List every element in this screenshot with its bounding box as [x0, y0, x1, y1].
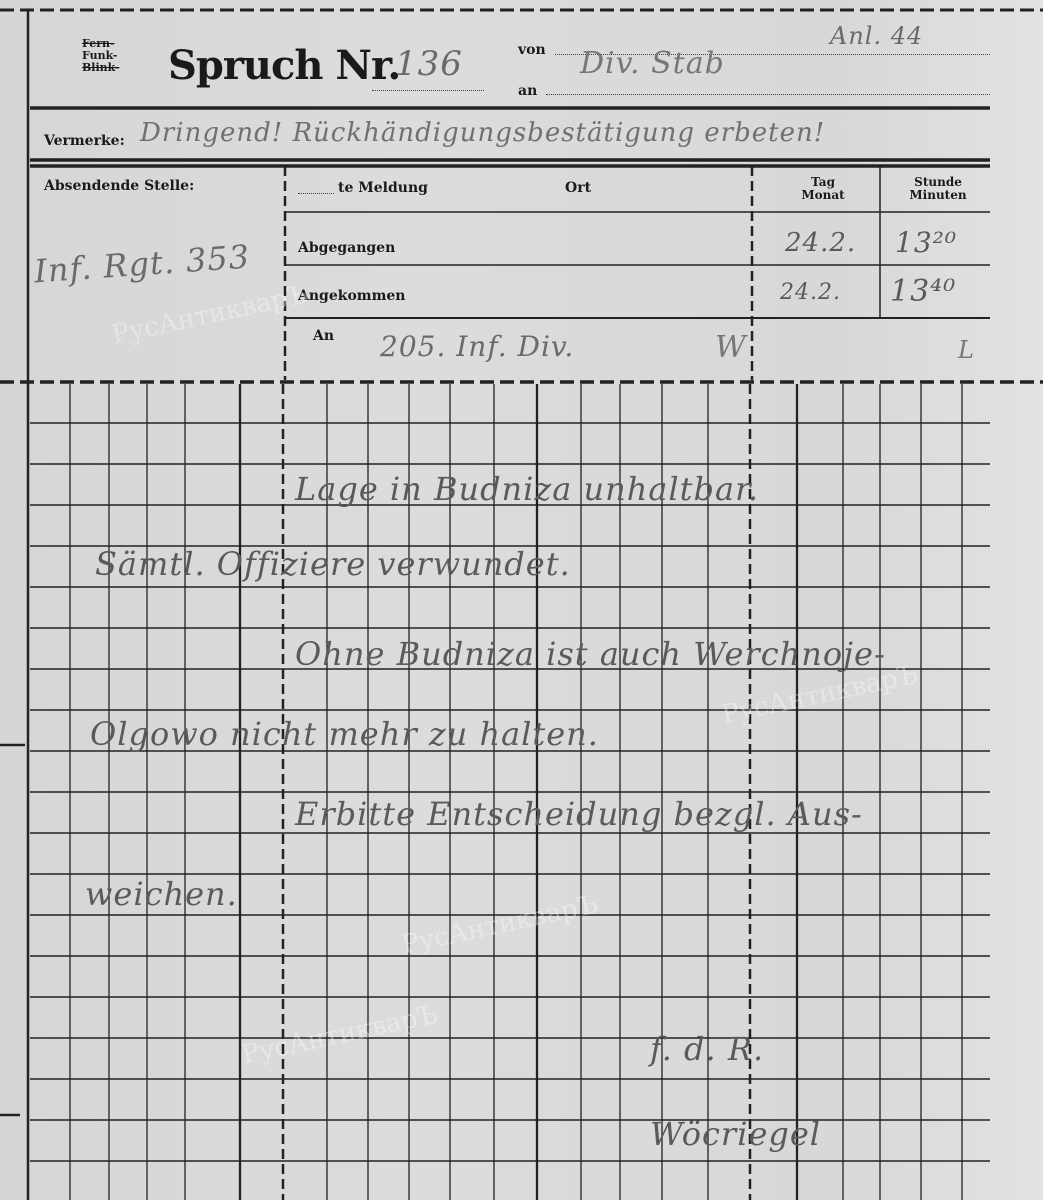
meldung-label: te Meldung [338, 180, 428, 196]
signature-prefix: f. d. R. [650, 1030, 764, 1068]
message-number: 136 [395, 44, 463, 84]
absendende-stelle-label: Absendende Stelle: [44, 178, 194, 194]
an-row-initial: W [715, 330, 747, 365]
message-line-1: Lage in Budniza unhaltbar. [295, 470, 759, 508]
angekommen-label: Angekommen [298, 288, 406, 304]
number-dotted-line [372, 90, 484, 91]
angekommen-zeit: 13⁴⁰ [890, 274, 956, 309]
von-value: Div. Stab [580, 46, 725, 81]
form-type-options: Fern- Funk- Blink- [82, 38, 119, 74]
von-label: von [518, 42, 546, 58]
message-line-4: Olgowo nicht mehr zu halten. [90, 715, 599, 753]
telegram-form-sheet: Fern- Funk- Blink- Spruch Nr. 136 von Di… [0, 0, 1043, 1200]
an-label: an [518, 83, 537, 99]
abgegangen-tag: 24.2. [785, 228, 856, 258]
abgegangen-label: Abgegangen [298, 240, 395, 256]
signature: Wöcriegel [650, 1115, 821, 1153]
angekommen-tag: 24.2. [780, 280, 841, 305]
tag-monat-label: Tag Monat [778, 176, 868, 202]
form-type-blink: Blink- [82, 62, 119, 74]
message-line-5: Erbitte Entscheidung bezgl. Aus- [295, 795, 863, 833]
ort-label: Ort [565, 180, 591, 196]
form-title: Spruch Nr. [168, 42, 400, 89]
abgegangen-zeit: 13²⁰ [895, 226, 957, 259]
message-line-6: weichen. [85, 875, 238, 913]
vermerke-label: Vermerke: [44, 133, 125, 149]
an-row-value: 205. Inf. Div. [380, 330, 574, 363]
annotation-anl: Anl. 44 [830, 22, 923, 50]
message-line-3: Ohne Budniza ist auch Werchnoje- [295, 635, 886, 673]
stunde-minuten-label: Stunde Minuten [888, 176, 988, 202]
meldung-dotted-line [298, 193, 334, 194]
an-row-label: An [313, 328, 334, 344]
message-line-2: Sämtl. Offiziere verwundet. [95, 545, 571, 583]
an-dotted-line [546, 94, 990, 95]
an-row-mark: L [958, 336, 975, 364]
vermerke-value: Dringend! Rückhändigungsbestätigung erbe… [140, 118, 825, 148]
